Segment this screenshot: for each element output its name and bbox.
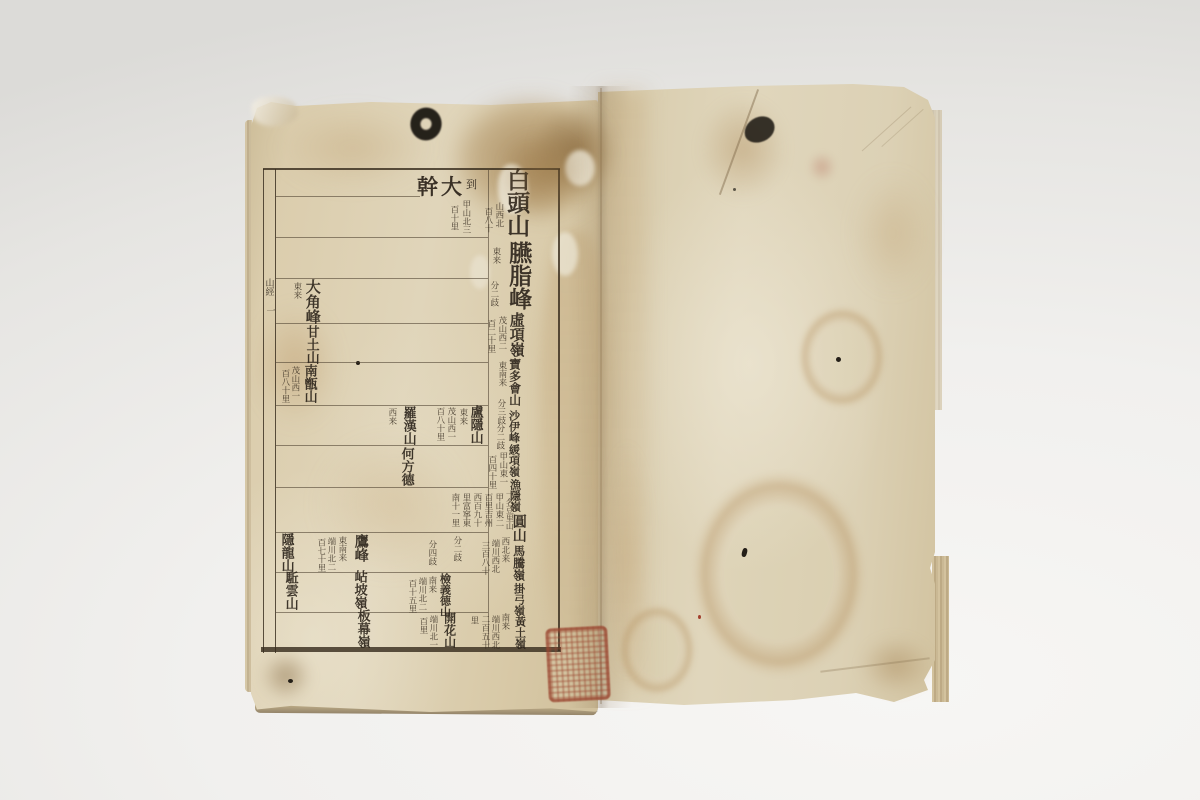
trunk-annot-8-0: 西北来	[500, 537, 509, 563]
branch-annot-12-1: 百里	[418, 617, 427, 634]
trunk-annot-8-1: 端川西北	[490, 539, 499, 573]
trunk-annot-1-1: 分二歧	[489, 281, 498, 307]
ink-speck	[836, 357, 841, 362]
photo-of-antique-book: 山經 一 幹大 到 白頭山 甲山北三 百十里 山西北 百八十 臙脂峰 東来 分二…	[0, 0, 1200, 800]
trunk-name-0: 白頭山	[504, 168, 528, 237]
trunk-annot-7-2: 百里吉州	[483, 493, 492, 527]
page-stack-left-edge	[245, 120, 252, 692]
row-line	[276, 487, 488, 488]
branch-name-7: 鷹峰	[353, 534, 368, 562]
branch-annot-2-0: 茂山西一	[290, 366, 299, 400]
right-page	[598, 84, 935, 706]
binding-hole-ink-ring	[404, 102, 447, 147]
trunk-annot-7-0: 一名豆里山	[505, 490, 513, 530]
trunk-annot-8-2: 三百八十	[480, 541, 489, 575]
branch-annot-7-2: 百七十里	[316, 538, 325, 572]
branch-name-0: 大角峰	[304, 279, 320, 324]
trunk-name-8: 馬騰嶺	[512, 545, 525, 581]
branch-name-4: 盧隱山	[468, 405, 482, 444]
branch-annot-4-0: 東来	[458, 408, 467, 425]
trunk-annot-5-0: 分二歧	[495, 424, 504, 450]
margin-title: 山經	[263, 278, 272, 296]
branch-annot-7-1: 端川北二	[326, 537, 335, 571]
branch-name-6: 隱龍山	[279, 533, 293, 572]
scatter-note-1: 分四歧	[427, 540, 436, 566]
trunk-annot-0-2: 山西北	[494, 202, 503, 228]
trunk-annot-10-0: 南来	[500, 613, 509, 630]
trunk-name-4: 沙伊峰	[508, 410, 520, 443]
ink-speck	[733, 188, 736, 191]
branch-name-5: 何方德	[399, 447, 413, 486]
branch-name-12: 開花山	[443, 612, 456, 648]
trunk-name-5: 緩項嶺	[508, 444, 520, 477]
red-speck	[698, 615, 701, 619]
trunk-annot-3-0: 東南来	[497, 361, 506, 387]
row-line	[276, 405, 488, 406]
collector-seal	[545, 625, 611, 702]
trunk-name-3: 寶多會山	[508, 358, 521, 406]
branch-annot-4-2: 百八十里	[435, 407, 444, 441]
table-border-right	[558, 169, 560, 651]
branch-annot-4-1: 茂山西一	[446, 407, 455, 441]
table-header-side-char: 到	[466, 176, 477, 192]
branch-annot-2-1: 百八十里	[280, 369, 289, 403]
table-column-divider	[488, 170, 489, 648]
table-border-left-inner	[275, 169, 276, 653]
row-line	[276, 237, 488, 238]
branch-annot-7-0: 東南来	[337, 536, 346, 562]
trunk-annot-2-0: 茂山西二	[497, 316, 506, 350]
trunk-annot-6-0: 甲山東一	[498, 452, 507, 486]
row-line	[276, 572, 488, 573]
branch-name-11: 板幕嶺	[355, 609, 369, 648]
branch-annot-0-0: 東来	[292, 282, 301, 299]
trunk-annot-1-0: 東来	[491, 247, 500, 264]
trunk-annot-7-3: 西百九十	[472, 493, 481, 527]
table-header-daegan: 幹大	[417, 171, 465, 201]
trunk-annot-0-0: 甲山北三	[461, 200, 470, 234]
trunk-annot-7-1: 甲山東二	[494, 493, 503, 527]
branch-name-1: 甘土山	[304, 325, 318, 364]
spine-crease	[600, 88, 602, 704]
ink-speck	[288, 679, 293, 683]
trunk-annot-10-2: 二百五十	[480, 615, 489, 649]
scatter-note-0: 分二歧	[452, 536, 461, 562]
trunk-annot-0-3: 百八十	[483, 207, 492, 233]
branch-annot-12-0: 端川北一	[428, 615, 437, 649]
trunk-annot-0-1: 百十里	[449, 205, 458, 231]
trunk-annot-7-5: 南十一里	[450, 493, 459, 527]
row-line	[276, 196, 420, 197]
trunk-annot-6-1: 百四十里	[487, 455, 496, 489]
row-line	[276, 445, 488, 446]
trunk-annot-10-1: 端川西北	[490, 615, 499, 649]
trunk-name-1: 臙脂峰	[506, 241, 530, 310]
trunk-annot-10-3: 里	[469, 616, 478, 625]
trunk-annot-2-1: 百二十里	[486, 319, 495, 353]
branch-annot-10-1: 端川北二	[417, 577, 426, 611]
branch-name-8: 駈雲山	[283, 571, 297, 610]
trunk-name-9: 掛弓嶺	[513, 583, 525, 616]
branch-annot-10-2: 百十五里	[407, 579, 416, 613]
branch-annot-10-0: 南来	[427, 576, 436, 593]
branch-name-10: 檢義德山	[439, 573, 451, 617]
branch-name-9: 岾坡嶺	[352, 570, 366, 609]
table-border-left-outer	[263, 169, 264, 653]
trunk-name-10: 黃土嶺	[514, 616, 526, 649]
branch-name-3: 羅漢山	[401, 406, 415, 445]
trunk-annot-7-4: 里富寧東	[461, 493, 470, 527]
trunk-annot-3-1: 分三歧	[496, 399, 505, 425]
trunk-name-2: 虛項嶺	[508, 312, 524, 357]
margin-page-number: 一	[264, 306, 273, 315]
branch-name-2: 南甑山	[302, 364, 316, 403]
branch-annot-3-0: 西来	[387, 408, 396, 425]
row-line	[276, 532, 488, 533]
